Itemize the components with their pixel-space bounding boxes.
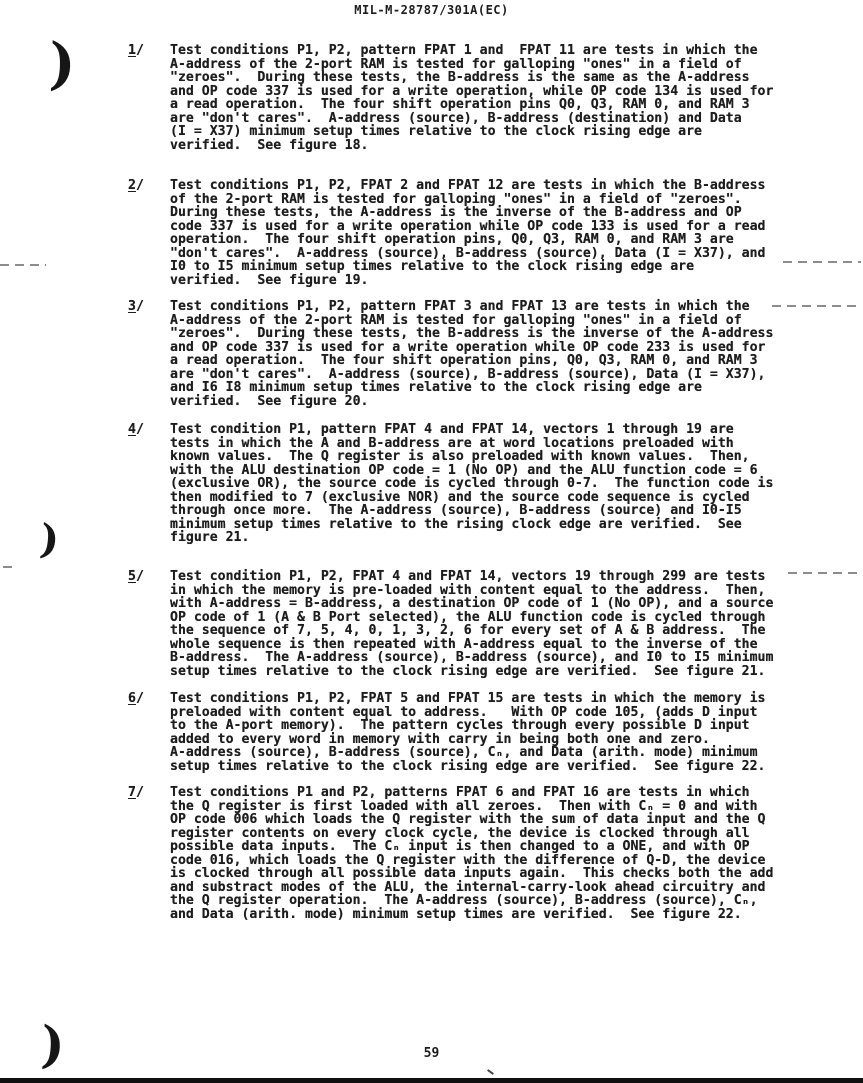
footnote-text: Test condition P1, P2, FPAT 4 and FPAT 1…	[170, 570, 818, 678]
scan-dash-left-mid	[3, 566, 17, 568]
footnote-marker: 2/	[128, 179, 170, 193]
footnote-number: 2	[128, 178, 136, 193]
scan-speck	[487, 1069, 494, 1075]
footnote-text: Test conditions P1, P2, pattern FPAT 1 a…	[170, 44, 818, 152]
document-id-header: MIL-M-28787/301A(EC)	[0, 3, 863, 17]
footnote-number: 7	[128, 785, 136, 800]
footnote-text: Test conditions P1 and P2, patterns FPAT…	[170, 786, 818, 921]
footnote-item-5: 5/ Test condition P1, P2, FPAT 4 and FPA…	[128, 570, 818, 678]
footnote-marker: 4/	[128, 423, 170, 437]
document-page: MIL-M-28787/301A(EC) 1/ Test conditions …	[0, 0, 863, 1083]
scan-dash-right-upper	[783, 261, 861, 263]
footnote-slash: /	[136, 43, 144, 58]
footnote-slash: /	[136, 422, 144, 437]
footnote-marker: 3/	[128, 300, 170, 314]
footnote-slash: /	[136, 569, 144, 584]
footnote-marker: 1/	[128, 44, 170, 58]
footnote-item-7: 7/ Test conditions P1 and P2, patterns F…	[128, 786, 818, 921]
scan-dash-right-mid	[772, 305, 858, 307]
page-number: 59	[0, 1046, 863, 1061]
footnote-marker: 6/	[128, 692, 170, 706]
footnote-text: Test conditions P1, P2, FPAT 2 and FPAT …	[170, 179, 818, 287]
footnote-item-3: 3/ Test conditions P1, P2, pattern FPAT …	[128, 300, 818, 408]
footnote-number: 1	[128, 43, 136, 58]
scan-paren-mark-top: )	[48, 36, 76, 93]
scan-dash-right-lower	[788, 572, 863, 574]
footnote-text: Test conditions P1, P2, FPAT 5 and FPAT …	[170, 692, 818, 773]
footnote-marker: 7/	[128, 786, 170, 800]
footnote-marker: 5/	[128, 570, 170, 584]
footnote-number: 3	[128, 299, 136, 314]
footnote-item-1: 1/ Test conditions P1, P2, pattern FPAT …	[128, 44, 818, 152]
footnote-number: 4	[128, 422, 136, 437]
footnote-slash: /	[136, 691, 144, 706]
scan-dash-left-upper	[0, 264, 46, 266]
footnote-number: 6	[128, 691, 136, 706]
footnote-item-6: 6/ Test conditions P1, P2, FPAT 5 and FP…	[128, 692, 818, 773]
footnote-number: 5	[128, 569, 136, 584]
footnote-slash: /	[136, 178, 144, 193]
footnote-item-2: 2/ Test conditions P1, P2, FPAT 2 and FP…	[128, 179, 818, 287]
footnote-item-4: 4/ Test condition P1, pattern FPAT 4 and…	[128, 423, 818, 545]
footnote-slash: /	[136, 299, 144, 314]
footnote-text: Test condition P1, pattern FPAT 4 and FP…	[170, 423, 818, 545]
footnote-slash: /	[136, 785, 144, 800]
scan-bottom-edge-line	[0, 1078, 863, 1083]
footnote-text: Test conditions P1, P2, pattern FPAT 3 a…	[170, 300, 818, 408]
scan-paren-mark-middle: )	[38, 519, 61, 561]
scan-paren-mark-bottom: )	[40, 1019, 66, 1070]
